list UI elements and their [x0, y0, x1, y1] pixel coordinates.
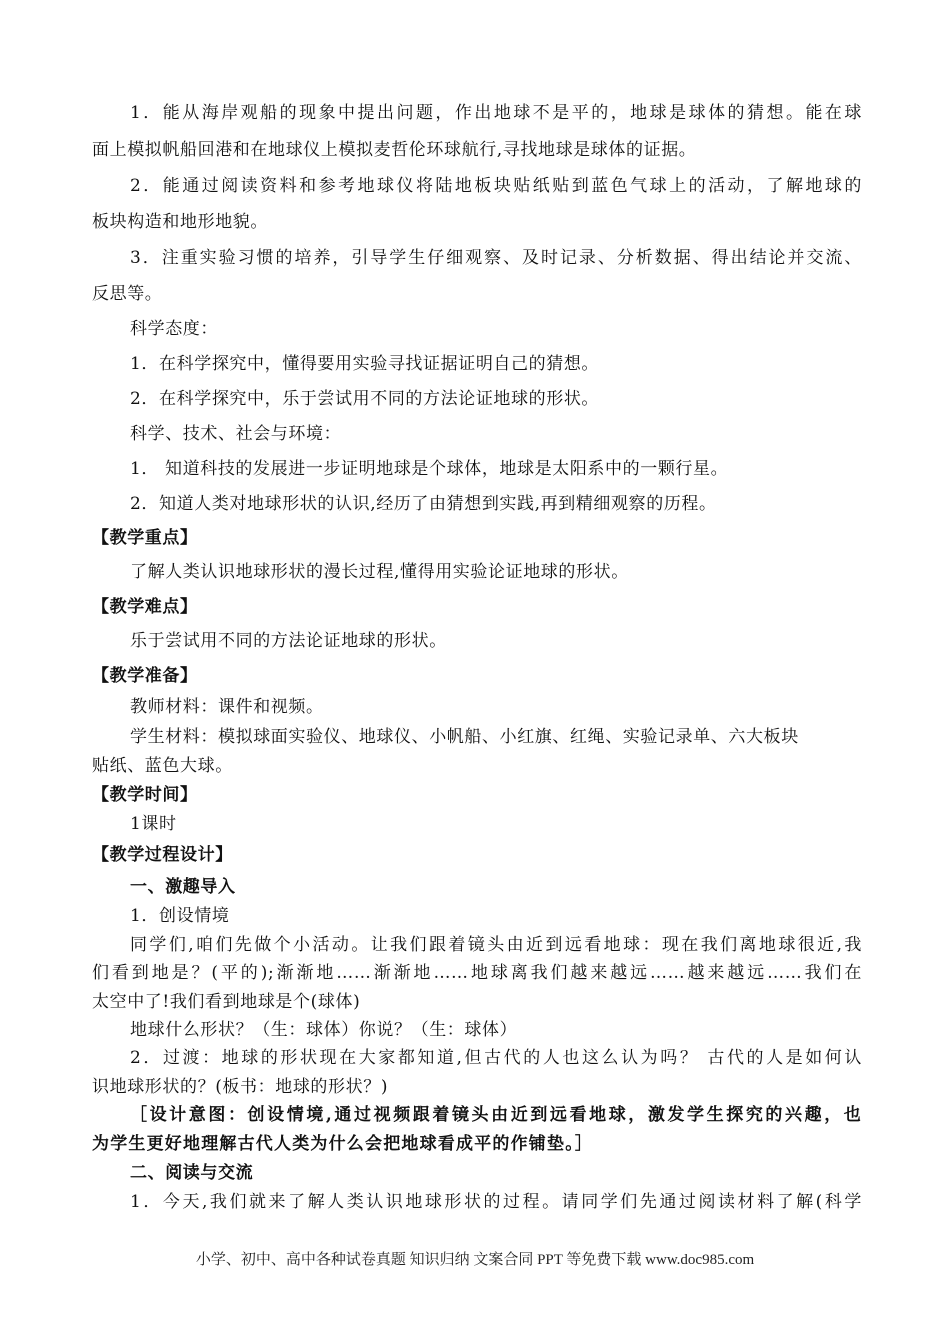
- paragraph-line: 3．注重实验习惯的培养，引导学生仔细观察、及时记录、分析数据、得出结论并交流、: [130, 247, 862, 269]
- process-line: 们看到地是？(平的);渐渐地……渐渐地……地球离我们越来越远……越来越远……我们…: [92, 962, 862, 984]
- paragraph-line: 科学态度：: [130, 318, 900, 340]
- process-line: 1．创设情境: [130, 905, 900, 927]
- process-line: 1．今天,我们就来了解人类认识地球形状的过程。请同学们先通过阅读材料了解(科学: [130, 1191, 862, 1213]
- paragraph-line: 1．在科学探究中，懂得要用实验寻找证据证明自己的猜想。: [130, 353, 900, 375]
- paragraph-line: 2．知道人类对地球形状的认识,经历了由猜想到实践,再到精细观察的历程。: [130, 493, 900, 515]
- footer-watermark: 小学、初中、高中各种试卷真题 知识归纳 文案合同 PPT 等免费下载 www.d…: [0, 1248, 950, 1269]
- process-line: 为学生更好地理解古代人类为什么会把地球看成平的作铺垫。］: [92, 1133, 862, 1155]
- section-body-line: 贴纸、蓝色大球。: [92, 755, 862, 777]
- process-line: ［设计意图：创设情境,通过视频跟着镜头由近到远看地球，激发学生探究的兴趣，也: [130, 1104, 862, 1126]
- paragraph-line: 2．在科学探究中，乐于尝试用不同的方法论证地球的形状。: [130, 388, 900, 410]
- section-body-line: 乐于尝试用不同的方法论证地球的形状。: [130, 630, 900, 652]
- paragraph-line: 面上模拟帆船回港和在地球仪上模拟麦哲伦环球航行,寻找地球是球体的证据。: [92, 139, 862, 161]
- paragraph-line: 1．能从海岸观船的现象中提出问题，作出地球不是平的，地球是球体的猜想。能在球: [130, 102, 862, 124]
- section-body-line: 1课时: [130, 813, 900, 835]
- section-heading: 【教学准备】: [92, 665, 862, 687]
- paragraph-line: 2．能通过阅读资料和参考地球仪将陆地板块贴纸贴到蓝色气球上的活动，了解地球的: [130, 175, 862, 197]
- process-subheading: 二、阅读与交流: [130, 1162, 900, 1184]
- section-heading: 【教学难点】: [92, 596, 862, 618]
- section-heading: 【教学重点】: [92, 527, 862, 549]
- paragraph-line: 板块构造和地形地貌。: [92, 211, 862, 233]
- process-line: 同学们,咱们先做个小活动。让我们跟着镜头由近到远看地球：现在我们离地球很近,我: [130, 934, 862, 956]
- process-line: 2．过渡：地球的形状现在大家都知道,但古代的人也这么认为吗？ 古代的人是如何认: [130, 1047, 862, 1069]
- section-heading: 【教学过程设计】: [92, 844, 862, 866]
- process-line: 地球什么形状？（生：球体）你说？（生：球体）: [130, 1019, 900, 1041]
- paragraph-line: 1． 知道科技的发展进一步证明地球是个球体，地球是太阳系中的一颗行星。: [130, 458, 900, 480]
- section-body-line: 了解人类认识地球形状的漫长过程,懂得用实验论证地球的形状。: [130, 561, 900, 583]
- process-subheading: 一、激趣导入: [130, 876, 900, 898]
- paragraph-line: 科学、技术、社会与环境：: [130, 423, 900, 445]
- process-line: 太空中了!我们看到地球是个(球体): [92, 991, 862, 1013]
- section-body-line: 教师材料：课件和视频。: [130, 696, 900, 718]
- section-body-line: 学生材料：模拟球面实验仪、地球仪、小帆船、小红旗、红绳、实验记录单、六大板块: [130, 726, 900, 748]
- paragraph-line: 反思等。: [92, 283, 862, 305]
- section-heading: 【教学时间】: [92, 784, 862, 806]
- process-line: 识地球形状的？(板书：地球的形状？): [92, 1076, 862, 1098]
